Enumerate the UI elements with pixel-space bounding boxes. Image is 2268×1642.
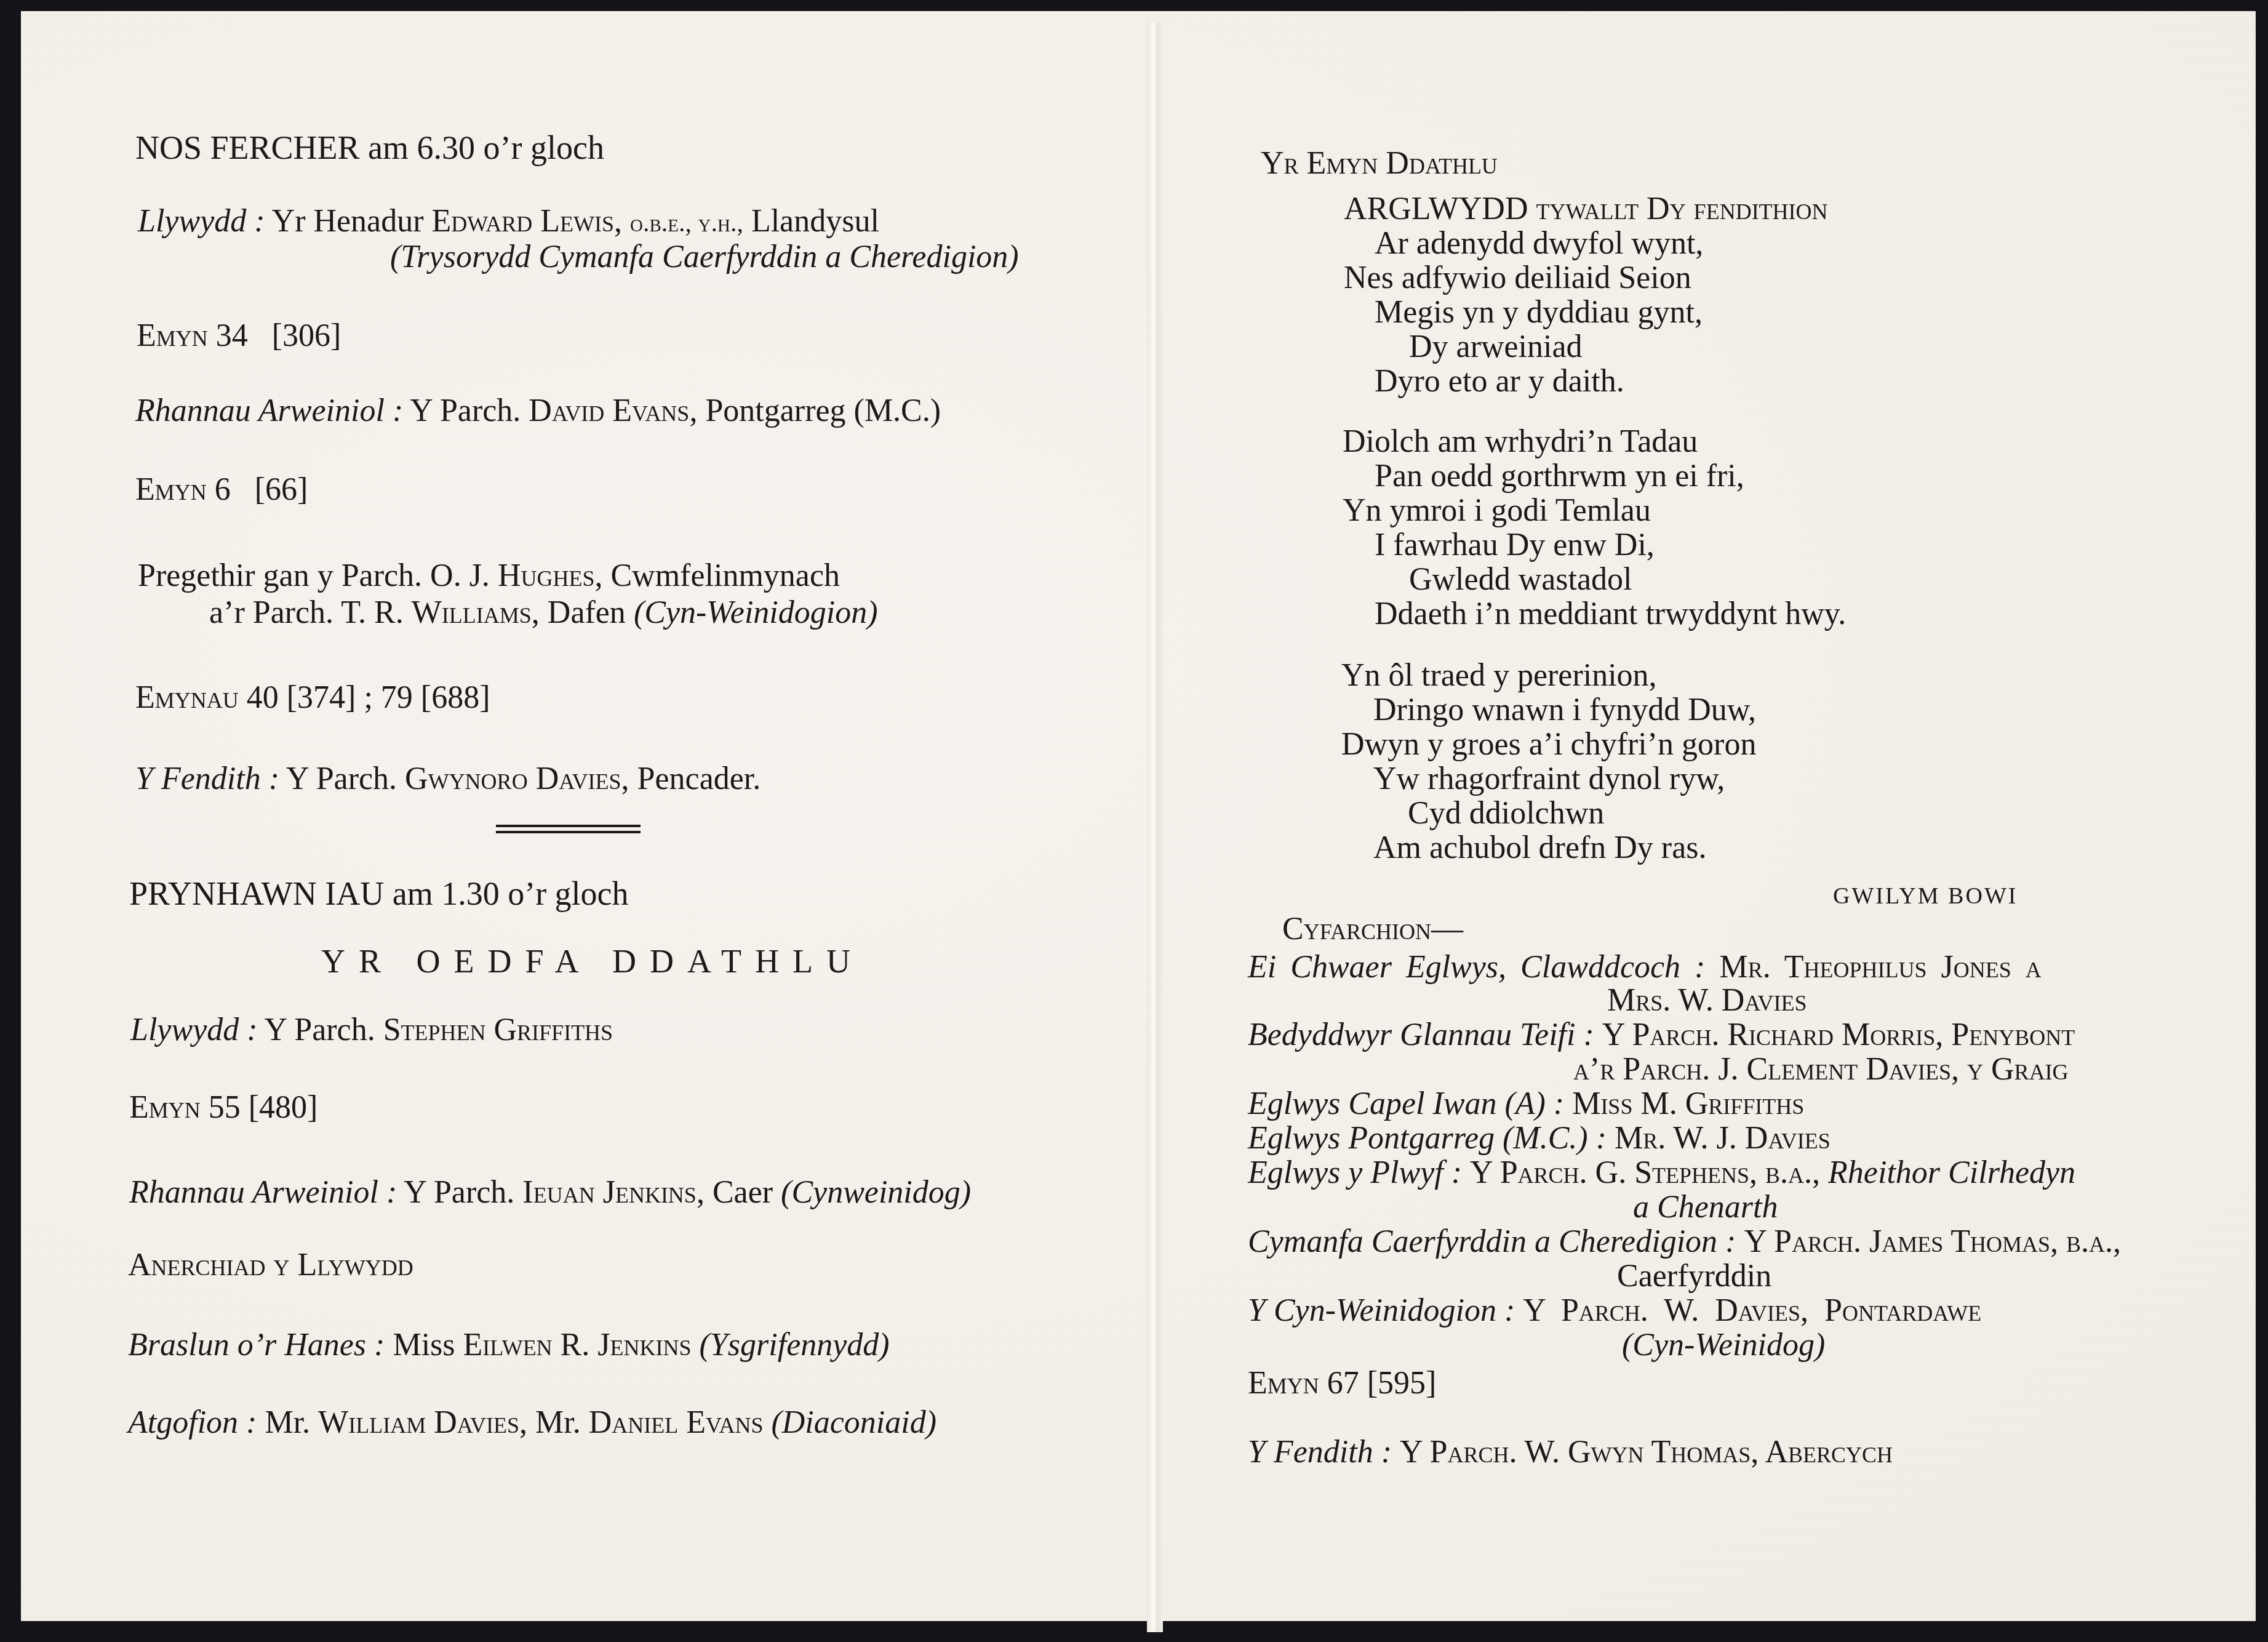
- thursday-afternoon-heading: PRYNHAWN IAU am 1.30 o’r gloch: [129, 875, 629, 912]
- greeting-capel-iwan: Eglwys Capel Iwan (A) : Miss M. Griffith…: [1248, 1086, 1804, 1123]
- preachers-line-2: a’r Parch. T. R. Williams, Dafen (Cyn-We…: [209, 595, 878, 631]
- hymn-34: Emyn 34 [306]: [137, 318, 341, 354]
- hymn-67: Emyn 67 [595]: [1248, 1365, 1436, 1402]
- centre-fold: [1147, 22, 1163, 1632]
- verse-line: Dwyn y groes a’i chyfri’n goron: [1341, 726, 1756, 763]
- greeting-cymanfa: Cymanfa Caerfyrddin a Cheredigion : Y Pa…: [1248, 1223, 2121, 1260]
- hymn-6: Emyn 6 [66]: [135, 471, 308, 508]
- hymn-title: Yr Emyn Ddathlu: [1261, 145, 1498, 182]
- greeting-plwyf-cont: a Chenarth: [1633, 1189, 1778, 1226]
- history-line: Braslun o’r Hanes : Miss Eilwen R. Jenki…: [128, 1327, 890, 1364]
- verse-line: Nes adfywio deiliaid Seion: [1344, 260, 1691, 297]
- greeting-glannau-teifi-cont: a’r Parch. J. Clement Davies, y Graig: [1573, 1051, 2069, 1088]
- reading-line: Rhannau Arweiniol : Y Parch. David Evans…: [135, 393, 941, 430]
- thursday-reading-line: Rhannau Arweiniol : Y Parch. Ieuan Jenki…: [129, 1174, 971, 1211]
- final-blessing: Y Fendith : Y Parch. W. Gwyn Thomas, Abe…: [1248, 1434, 1893, 1471]
- verse-line: Diolch am wrhydri’n Tadau: [1343, 423, 1698, 460]
- greeting-clawddcoch: Ei Chwaer Eglwys, Clawddcoch : Mr. Theop…: [1248, 949, 2042, 986]
- verse-line: Cyd ddiolchwn: [1408, 795, 1604, 832]
- greeting-cymanfa-cont: Caerfyrddin: [1617, 1258, 1771, 1295]
- verse-line: Dyro eto ar y daith.: [1375, 363, 1624, 400]
- verse-line: Gwledd wastadol: [1409, 561, 1632, 598]
- verse-line: Ar adenydd dwyfol wynt,: [1375, 225, 1703, 262]
- verse-line: Yn ymroi i godi Temlau: [1343, 492, 1651, 529]
- president-role: (Trysorydd Cymanfa Caerfyrddin a Cheredi…: [390, 239, 1019, 276]
- verse-line: Megis yn y dyddiau gynt,: [1375, 294, 1703, 331]
- memories-line: Atgofion : Mr. William Davies, Mr. Danie…: [128, 1404, 936, 1441]
- greeting-cyn-weinidogion: Y Cyn-Weinidogion : Y Parch. W. Davies, …: [1248, 1292, 1981, 1329]
- greeting-clawddcoch-cont: Mrs. W. Davies: [1607, 982, 1807, 1019]
- verse-line: Dringo wnawn i fynydd Duw,: [1373, 692, 1756, 729]
- president-address: Anerchiad y Llywydd: [128, 1247, 413, 1284]
- president-line: Llywydd : Yr Henadur Edward Lewis, o.b.e…: [138, 203, 879, 242]
- verse-line: ARGLWYDD tywallt Dy fendithion: [1344, 191, 1828, 228]
- thursday-president-line: Llywydd : Y Parch. Stephen Griffiths: [130, 1012, 613, 1049]
- verse-line: Ddaeth i’n meddiant trwyddynt hwy.: [1375, 596, 1846, 633]
- verse-line: Yn ôl traed y pererinion,: [1341, 657, 1657, 694]
- greeting-cyn-weinidogion-cont: (Cyn-Weinidog): [1622, 1327, 1825, 1364]
- greeting-pontgarreg: Eglwys Pontgarreg (M.C.) : Mr. W. J. Dav…: [1248, 1120, 1831, 1157]
- verse-line: Am achubol drefn Dy ras.: [1373, 830, 1707, 867]
- service-title: YR OEDFA DDATHLU: [321, 943, 864, 980]
- greeting-plwyf: Eglwys y Plwyf : Y Parch. G. Stephens, b…: [1248, 1155, 2075, 1191]
- blessing-line: Y Fendith : Y Parch. Gwynoro Davies, Pen…: [135, 761, 761, 798]
- hymns-40-79: Emynau 40 [374] ; 79 [688]: [135, 679, 490, 716]
- double-rule-divider: [496, 825, 641, 833]
- greetings-heading: Cyfarchion—: [1282, 911, 1463, 948]
- hymn-author: GWILYM BOWI: [1833, 878, 2018, 915]
- hymn-55: Emyn 55 [480]: [129, 1089, 317, 1126]
- verse-line: Pan oedd gorthrwm yn ei fri,: [1375, 458, 1744, 495]
- verse-line: Dy arweiniad: [1409, 329, 1583, 366]
- verse-line: Yw rhagorfraint dynol ryw,: [1373, 761, 1725, 798]
- wednesday-evening-heading: NOS FERCHER am 6.30 o’r gloch: [135, 129, 604, 166]
- preachers-line-1: Pregethir gan y Parch. O. J. Hughes, Cwm…: [138, 558, 840, 595]
- greeting-glannau-teifi: Bedyddwyr Glannau Teifi : Y Parch. Richa…: [1248, 1017, 2075, 1054]
- programme-sheet: NOS FERCHER am 6.30 o’r gloch Llywydd : …: [21, 11, 2256, 1621]
- verse-line: I fawrhau Dy enw Di,: [1375, 527, 1655, 564]
